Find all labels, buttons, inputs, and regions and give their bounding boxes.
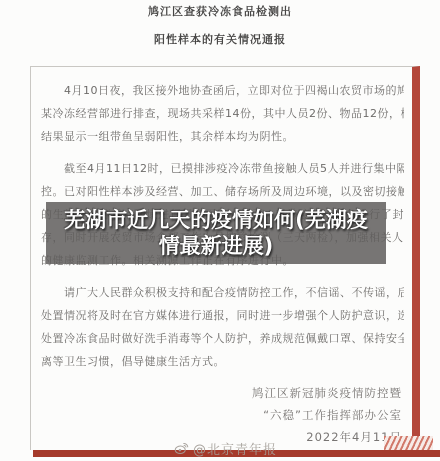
notice-title-line-2: 阳性样本的有关情况通报 (0, 32, 440, 48)
headline-overlay-text-line: 芜湖市近几天的疫情如何(芜湖疫 (64, 207, 368, 233)
signature-line: “六稳”工作指挥部办公室 (41, 404, 402, 426)
signature-line: 鸠江区新冠肺炎疫情防控暨 (41, 382, 402, 404)
paragraph-text-line: 某冷冻经营部进行排查，现场共采样14份，其中人员2份、物品12份，检测 (41, 102, 404, 125)
corner-stripes-decoration (384, 436, 433, 450)
paragraph-text-line: 请广大人民群众积极支持和配合疫情防控工作，不信谣、不传谣，后续 (41, 281, 404, 304)
paragraph-text-line: 控。已对阳性样本涉及经营、加工、储存场所及周边环境，以及密切接触者 (41, 180, 404, 203)
paragraph-text-line: 4月10日夜，我区接外地协查函后，立即对位于四褐山农贸市场的鸠江区 (41, 79, 404, 102)
paragraph-text-line: 结果显示一组带鱼呈弱阳性，其余样本均为阴性。 (41, 125, 404, 148)
headline-overlay-text-line: 情最新进展) (159, 233, 274, 259)
paragraph-1: 4月10日夜，我区接外地协查函后，立即对位于四褐山农贸市场的鸠江区某冷冻经营部进… (41, 79, 404, 148)
weibo-icon (174, 442, 189, 455)
watermark-text: @北京青年报 (193, 439, 277, 458)
watermark: @北京青年报 (174, 439, 277, 458)
notice-page: 鸠江区查获冷冻食品检测出 阳性样本的有关情况通报 4月10日夜，我区接外地协查函… (0, 0, 440, 461)
paragraph-text-line: 处置情况将及时在官方媒体进行通报，同时进一步增强个人防护意识，选购 (41, 304, 404, 327)
paragraph-text-line: 离等卫生习惯，倡导健康生活方式。 (41, 350, 404, 373)
notice-title-line-1: 鸠江区查获冷冻食品检测出 (0, 4, 440, 20)
paragraph-text-line: 截至4月11日12时，已摸排涉疫冷冻带鱼接触人员5人并进行集中隔离管 (41, 157, 404, 180)
paragraph-text-line: 处置冷冻食品时做好洗手消毒等个人防护，养成规范佩戴口罩、保持安全距 (41, 327, 404, 350)
paragraph-3: 请广大人民群众积极支持和配合疫情防控工作，不信谣、不传谣，后续处置情况将及时在官… (41, 281, 404, 373)
headline-overlay-banner: 芜湖市近几天的疫情如何(芜湖疫情最新进展) (46, 202, 386, 264)
